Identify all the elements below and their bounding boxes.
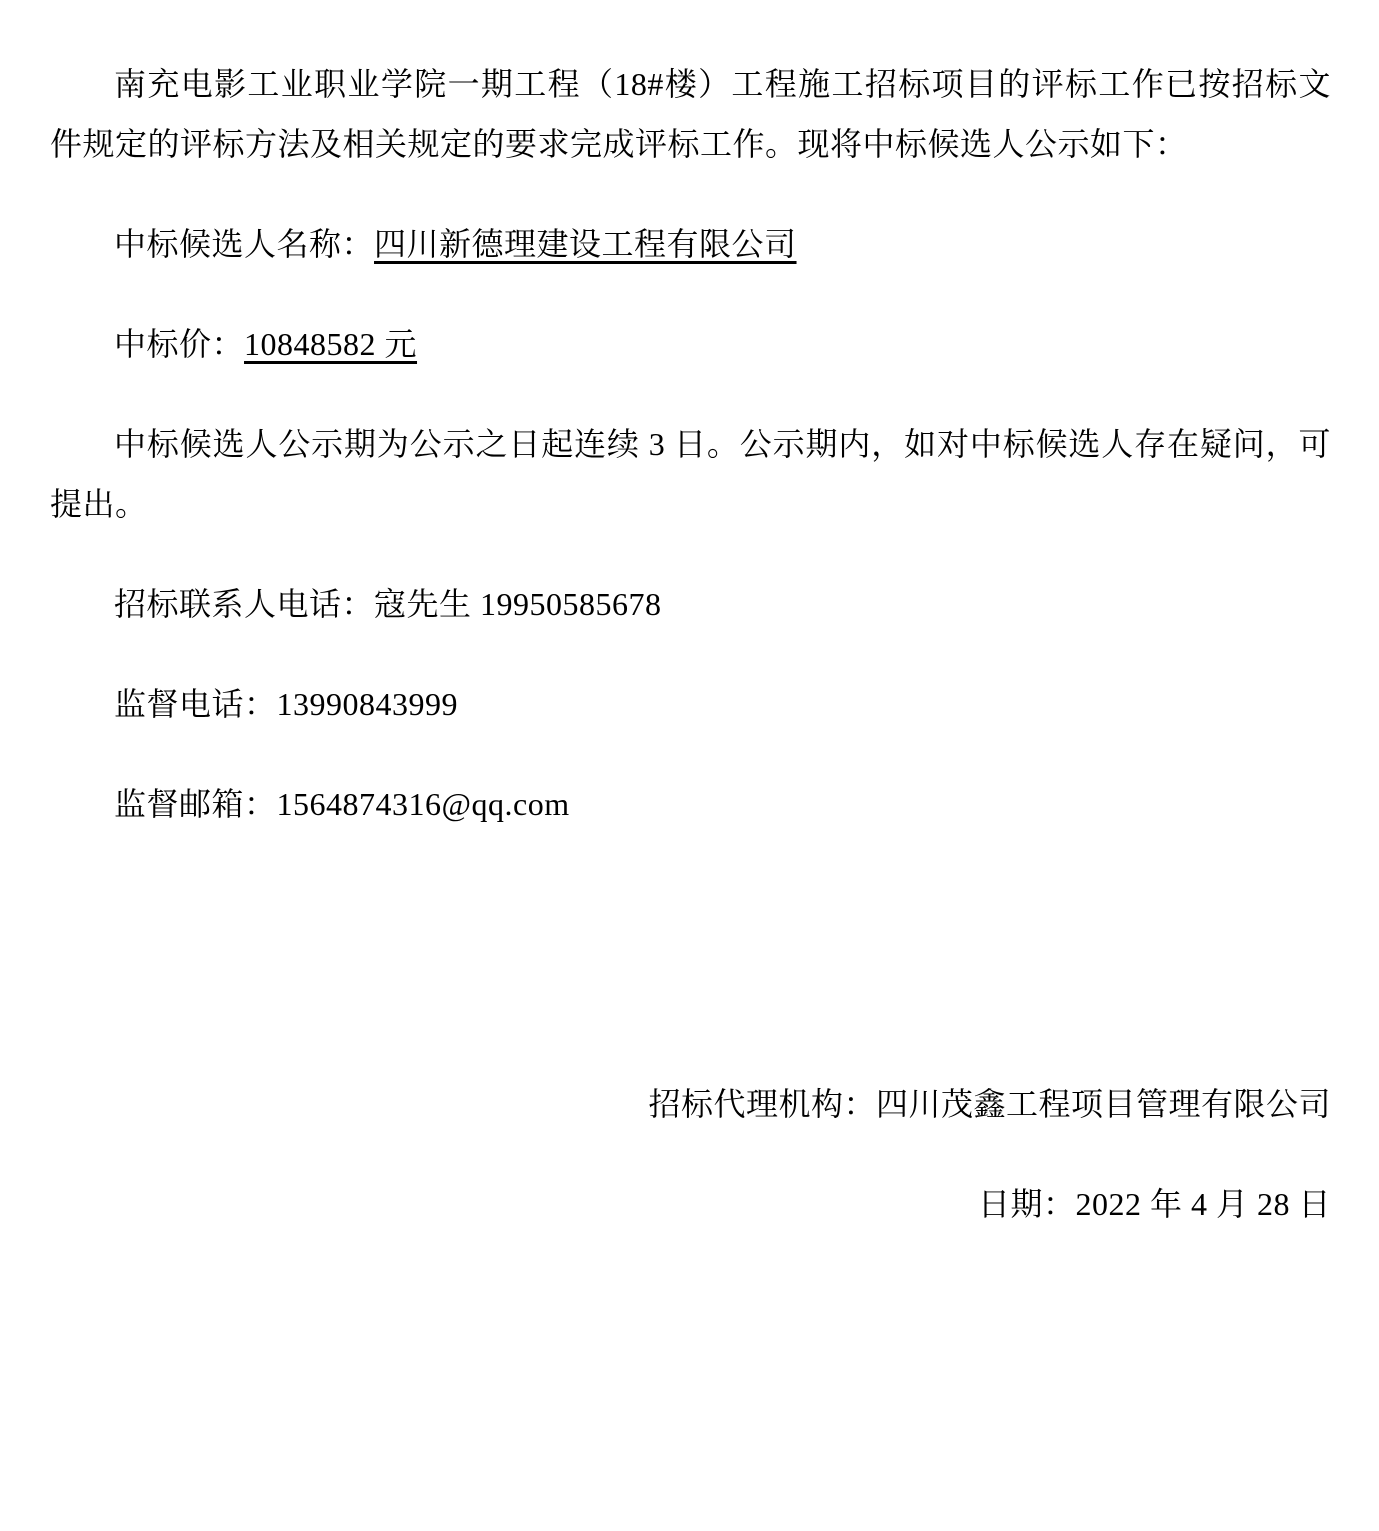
date-value: 2022 年 4 月 28 日: [1075, 1186, 1331, 1222]
announcement-document: 南充电影工业职业学院一期工程（18#楼）工程施工招标项目的评标工作已按招标文件规…: [0, 0, 1379, 1531]
winner-label: 中标候选人名称：: [114, 226, 374, 262]
supervision-email-label: 监督邮箱：: [114, 786, 277, 822]
contact-label: 招标联系人电话：: [114, 586, 374, 622]
supervision-phone-value: 13990843999: [277, 686, 459, 722]
agency-line: 招标代理机构：四川茂鑫工程项目管理有限公司: [50, 1074, 1331, 1134]
winner-line: 中标候选人名称：四川新德理建设工程有限公司: [50, 214, 1331, 274]
contact-line: 招标联系人电话：寇先生 19950585678: [50, 574, 1331, 634]
price-label: 中标价：: [114, 326, 244, 362]
intro-paragraph: 南充电影工业职业学院一期工程（18#楼）工程施工招标项目的评标工作已按招标文件规…: [50, 54, 1331, 174]
notice-text: 中标候选人公示期为公示之日起连续 3 日。公示期内，如对中标候选人存在疑问，可提…: [50, 426, 1331, 522]
date-line: 日期：2022 年 4 月 28 日: [50, 1174, 1331, 1234]
supervision-phone-line: 监督电话：13990843999: [50, 674, 1331, 734]
contact-value: 寇先生 19950585678: [374, 586, 662, 622]
supervision-email-line: 监督邮箱：1564874316@qq.com: [50, 774, 1331, 834]
price-value: 10848582 元: [244, 326, 417, 362]
intro-text: 南充电影工业职业学院一期工程（18#楼）工程施工招标项目的评标工作已按招标文件规…: [50, 66, 1331, 162]
notice-paragraph: 中标候选人公示期为公示之日起连续 3 日。公示期内，如对中标候选人存在疑问，可提…: [50, 414, 1331, 534]
supervision-email-value: 1564874316@qq.com: [277, 786, 570, 822]
blank-space: [50, 874, 1331, 1074]
date-label: 日期：: [978, 1186, 1076, 1222]
price-line: 中标价：10848582 元: [50, 314, 1331, 374]
agency-value: 四川茂鑫工程项目管理有限公司: [876, 1086, 1331, 1122]
agency-label: 招标代理机构：: [648, 1086, 876, 1122]
winner-value: 四川新德理建设工程有限公司: [374, 226, 797, 262]
supervision-phone-label: 监督电话：: [114, 686, 277, 722]
